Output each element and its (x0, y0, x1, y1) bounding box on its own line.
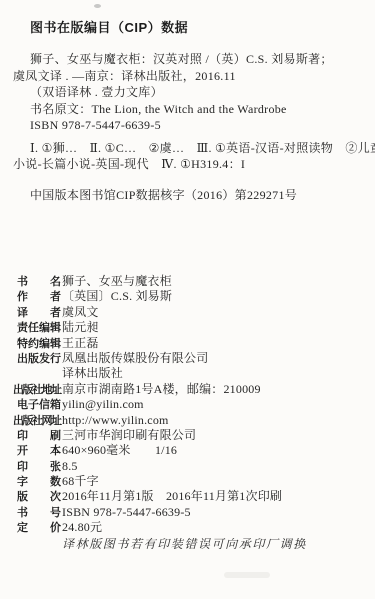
row-label: 特约编辑 (17, 337, 62, 352)
row-label: 定 价 (17, 521, 62, 536)
row-value: 8.5 (62, 459, 78, 474)
row-label: 开 本 (17, 444, 62, 459)
cip-copyright-page: 图书在版编目（CIP）数据 狮子、女巫与魔衣柜：汉英对照 /（英）C.S. 刘易… (0, 0, 375, 599)
cip-record-block: 狮子、女巫与魔衣柜：汉英对照 /（英）C.S. 刘易斯著；虞凤文译 . —南京：… (13, 51, 367, 203)
row-label: 出版发行 (17, 352, 62, 367)
table-row: 印 刷三河市华润印刷有限公司 (0, 428, 375, 443)
table-row: 字 数68千字 (0, 474, 375, 489)
row-value: 陆元昶 (62, 320, 99, 335)
cip-line: Ⅰ. ①狮… Ⅱ. ①C… ②虞… Ⅲ. ①英语-汉语-对照读物 ②儿童 (13, 140, 367, 157)
row-label: 作 者 (17, 290, 62, 305)
table-row: 责任编辑陆元昶 (0, 320, 375, 335)
row-label: 印 刷 (17, 429, 62, 444)
row-label: 书 号 (17, 506, 62, 521)
cip-line: （双语译林 . 壹力文库） (13, 84, 367, 101)
row-value: 68千字 (62, 474, 99, 489)
cip-line: 小说-长篇小说-英国-现代 Ⅳ. ①H319.4：I (13, 156, 367, 173)
table-row: 译 者虞凤文 (0, 305, 375, 320)
row-value: http://www.yilin.com (62, 413, 169, 428)
row-value: 虞凤文 (62, 305, 99, 320)
table-row: 出版社网址http://www.yilin.com (0, 413, 375, 428)
row-value: 译林出版社 (62, 366, 123, 381)
row-label: 字 数 (17, 475, 62, 490)
publication-info-table: 书 名狮子、女巫与魔衣柜作 者〔英国〕C.S. 刘易斯译 者虞凤文责任编辑陆元昶… (0, 274, 375, 536)
row-value: 南京市湖南路1号A楼，邮编：210009 (62, 382, 261, 397)
table-row: 书 号ISBN 978-7-5447-6639-5 (0, 505, 375, 520)
row-value: ISBN 978-7-5447-6639-5 (62, 505, 191, 520)
table-row: 译林出版社 (0, 366, 375, 381)
row-label: 电子信箱 (17, 398, 62, 413)
row-label: 出版社地址 (13, 383, 62, 398)
table-row: 出版发行凤凰出版传媒股份有限公司 (0, 351, 375, 366)
row-label: 译 者 (17, 306, 62, 321)
row-value: 王正磊 (62, 336, 99, 351)
row-label: 版 次 (17, 490, 62, 505)
cip-line: ISBN 978-7-5447-6639-5 (13, 117, 367, 134)
cip-line: 虞凤文译 . —南京：译林出版社，2016.11 (13, 68, 367, 85)
scan-smudge (94, 4, 101, 8)
table-row: 作 者〔英国〕C.S. 刘易斯 (0, 289, 375, 304)
row-value: 640×960毫米 1/16 (62, 443, 177, 458)
row-value: 三河市华润印刷有限公司 (62, 428, 196, 443)
row-label: 书 名 (17, 275, 62, 290)
row-value: 狮子、女巫与魔衣柜 (62, 274, 172, 289)
table-row: 定 价24.80元 (0, 520, 375, 535)
row-label: 印 张 (17, 460, 62, 475)
row-value: 2016年11月第1版 2016年11月第1次印刷 (62, 489, 282, 504)
row-value: 〔英国〕C.S. 刘易斯 (62, 289, 172, 304)
table-row: 版 次2016年11月第1版 2016年11月第1次印刷 (0, 489, 375, 504)
printing-error-exchange-note: 译林版图书若有印装错误可向承印厂调换 (62, 535, 307, 552)
cip-line: 狮子、女巫与魔衣柜：汉英对照 /（英）C.S. 刘易斯著； (13, 51, 367, 68)
row-label: 出版社网址 (13, 414, 62, 429)
table-row: 开 本640×960毫米 1/16 (0, 443, 375, 458)
table-row: 书 名狮子、女巫与魔衣柜 (0, 274, 375, 289)
scan-smudge (224, 572, 270, 578)
cip-line: 书名原文：The Lion, the Witch and the Wardrob… (13, 101, 367, 118)
row-value: 24.80元 (62, 520, 102, 535)
cip-heading: 图书在版编目（CIP）数据 (30, 17, 188, 36)
row-value: yilin@yilin.com (62, 397, 144, 412)
cip-line: 中国版本图书馆CIP数据核字（2016）第229271号 (13, 187, 367, 204)
table-row: 出版社地址南京市湖南路1号A楼，邮编：210009 (0, 382, 375, 397)
table-row: 电子信箱yilin@yilin.com (0, 397, 375, 412)
table-row: 印 张8.5 (0, 459, 375, 474)
row-label: 责任编辑 (17, 321, 62, 336)
row-value: 凤凰出版传媒股份有限公司 (62, 351, 208, 366)
table-row: 特约编辑王正磊 (0, 336, 375, 351)
